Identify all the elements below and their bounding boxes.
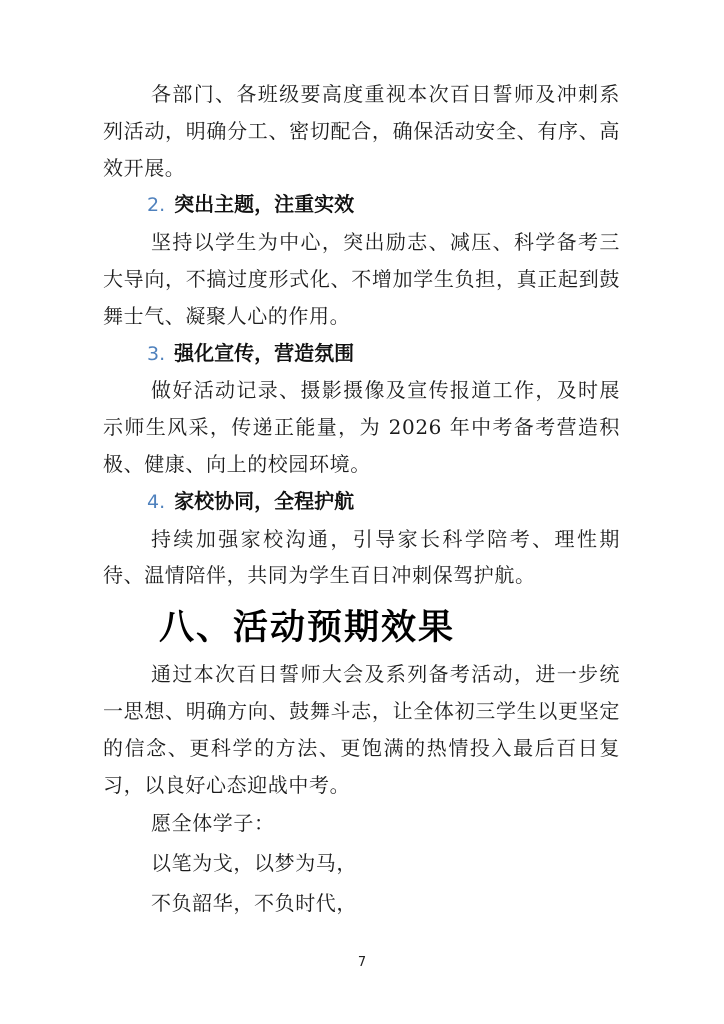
document-body: 各部门、各班级要高度重视本次百日誓师及冲刺系列活动，明确分工、密切配合，确保活动… <box>103 76 620 923</box>
body-paragraph: 坚持以学生为中心，突出励志、减压、科学备考三大导向，不搞过度形式化、不增加学生负… <box>103 224 620 334</box>
numbered-heading: 2.突出主题，注重实效 <box>103 186 620 224</box>
list-number: 2. <box>147 194 165 216</box>
closing-line: 不负韶华，不负时代， <box>103 883 620 923</box>
list-number: 3. <box>147 343 165 365</box>
body-paragraph: 做好活动记录、摄影摄像及宣传报道工作，及时展示师生风采，传递正能量，为 2026… <box>103 372 620 482</box>
numbered-heading: 3.强化宣传，营造氛围 <box>103 335 620 373</box>
numbered-heading-title: 家校协同，全程护航 <box>174 489 354 513</box>
body-paragraph: 持续加强家校沟通，引导家长科学陪考、理性期待、温情陪伴，共同为学生百日冲刺保驾护… <box>103 521 620 595</box>
closing-line: 以笔为戈，以梦为马， <box>103 843 620 883</box>
section-heading: 八、活动预期效果 <box>159 600 620 656</box>
numbered-heading-title: 强化宣传，营造氛围 <box>174 341 354 365</box>
numbered-heading-title: 突出主题，注重实效 <box>174 192 354 216</box>
numbered-heading: 4.家校协同，全程护航 <box>103 483 620 521</box>
list-number: 4. <box>147 491 165 513</box>
page-number: 7 <box>0 955 724 970</box>
closing-line: 愿全体学子： <box>103 803 620 843</box>
body-paragraph: 通过本次百日誓师大会及系列备考活动，进一步统一思想、明确方向、鼓舞斗志，让全体初… <box>103 656 620 803</box>
document-page: 各部门、各班级要高度重视本次百日誓师及冲刺系列活动，明确分工、密切配合，确保活动… <box>0 0 724 1024</box>
body-paragraph: 各部门、各班级要高度重视本次百日誓师及冲刺系列活动，明确分工、密切配合，确保活动… <box>103 76 620 186</box>
